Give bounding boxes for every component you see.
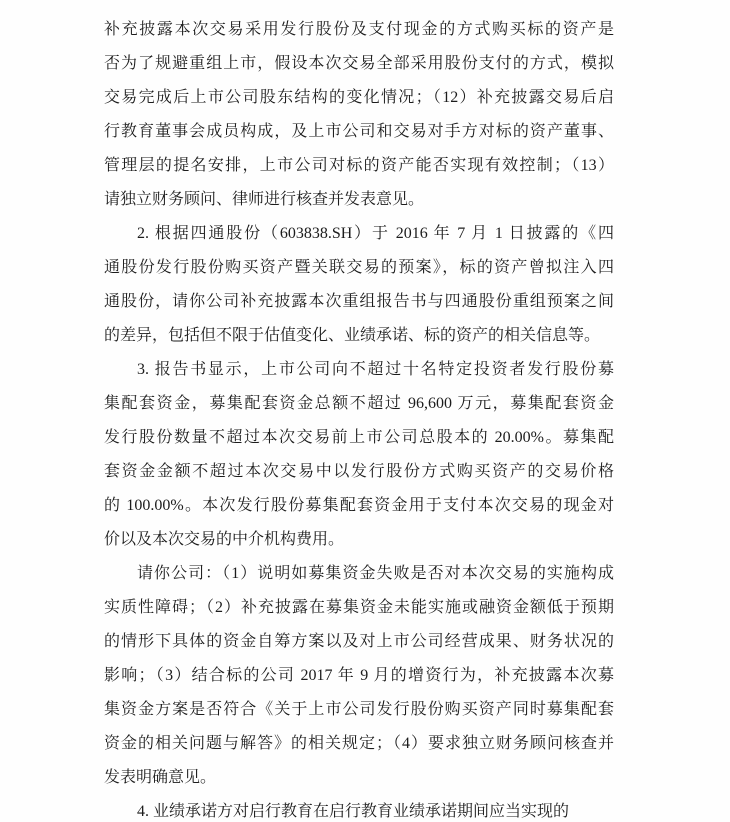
- paragraph: 2. 根据四通股份（603838.SH）于 2016 年 7 月 1 日披露的《…: [104, 217, 614, 353]
- text-line: 行教育董事会成员构成，及上市公司和交易对手方对标的资产董事、: [104, 115, 614, 149]
- paragraph: 请你公司：（1）说明如募集资金失败是否对本次交易的实施构成实质性障碍；（2）补充…: [104, 557, 614, 795]
- text-line: 2. 根据四通股份（603838.SH）于 2016 年 7 月 1 日披露的《…: [104, 217, 614, 251]
- document-page: 补充披露本次交易采用发行股份及支付现金的方式购买标的资产是否为了规避重组上市，假…: [0, 0, 730, 822]
- text-line: 4. 业绩承诺方对启行教育在启行教育业绩承诺期间应当实现的: [104, 795, 614, 822]
- paragraph: 4. 业绩承诺方对启行教育在启行教育业绩承诺期间应当实现的: [104, 795, 614, 822]
- text-line: 3. 报告书显示，上市公司向不超过十名特定投资者发行股份募: [104, 353, 614, 387]
- text-line: 通股份发行股份购买资产暨关联交易的预案》，标的资产曾拟注入四: [104, 251, 614, 285]
- text-line: 补充披露本次交易采用发行股份及支付现金的方式购买标的资产是: [104, 13, 614, 47]
- text-line: 影响；（3）结合标的公司 2017 年 9 月的增资行为，补充披露本次募: [104, 659, 614, 693]
- text-line: 请独立财务顾问、律师进行核查并发表意见。: [104, 183, 614, 217]
- text-line: 管理层的提名安排，上市公司对标的资产能否实现有效控制；（13）: [104, 149, 614, 183]
- text-line: 交易完成后上市公司股东结构的变化情况；（12）补充披露交易后启: [104, 81, 614, 115]
- text-line: 资金的相关问题与解答》的相关规定；（4）要求独立财务顾问核查并: [104, 727, 614, 761]
- text-block: 补充披露本次交易采用发行股份及支付现金的方式购买标的资产是否为了规避重组上市，假…: [104, 13, 614, 822]
- text-line: 价以及本次交易的中介机构费用。: [104, 523, 614, 557]
- text-line: 发行股份数量不超过本次交易前上市公司总股本的 20.00%。募集配: [104, 421, 614, 455]
- text-line: 发表明确意见。: [104, 761, 614, 795]
- paragraph: 3. 报告书显示，上市公司向不超过十名特定投资者发行股份募集配套资金，募集配套资…: [104, 353, 614, 557]
- text-line: 的差异，包括但不限于估值变化、业绩承诺、标的资产的相关信息等。: [104, 319, 614, 353]
- text-line: 通股份，请你公司补充披露本次重组报告书与四通股份重组预案之间: [104, 285, 614, 319]
- text-line: 集配套资金，募集配套资金总额不超过 96,600 万元，募集配套资金: [104, 387, 614, 421]
- text-line: 套资金金额不超过本次交易中以发行股份方式购买资产的交易价格: [104, 455, 614, 489]
- text-line: 请你公司：（1）说明如募集资金失败是否对本次交易的实施构成: [104, 557, 614, 591]
- text-line: 的 100.00%。本次发行股份募集配套资金用于支付本次交易的现金对: [104, 489, 614, 523]
- paragraph: 补充披露本次交易采用发行股份及支付现金的方式购买标的资产是否为了规避重组上市，假…: [104, 13, 614, 217]
- text-line: 的情形下具体的资金自筹方案以及对上市公司经营成果、财务状况的: [104, 625, 614, 659]
- text-line: 实质性障碍；（2）补充披露在募集资金未能实施或融资金额低于预期: [104, 591, 614, 625]
- text-line: 集资金方案是否符合《关于上市公司发行股份购买资产同时募集配套: [104, 693, 614, 727]
- text-line: 否为了规避重组上市，假设本次交易全部采用股份支付的方式，模拟: [104, 47, 614, 81]
